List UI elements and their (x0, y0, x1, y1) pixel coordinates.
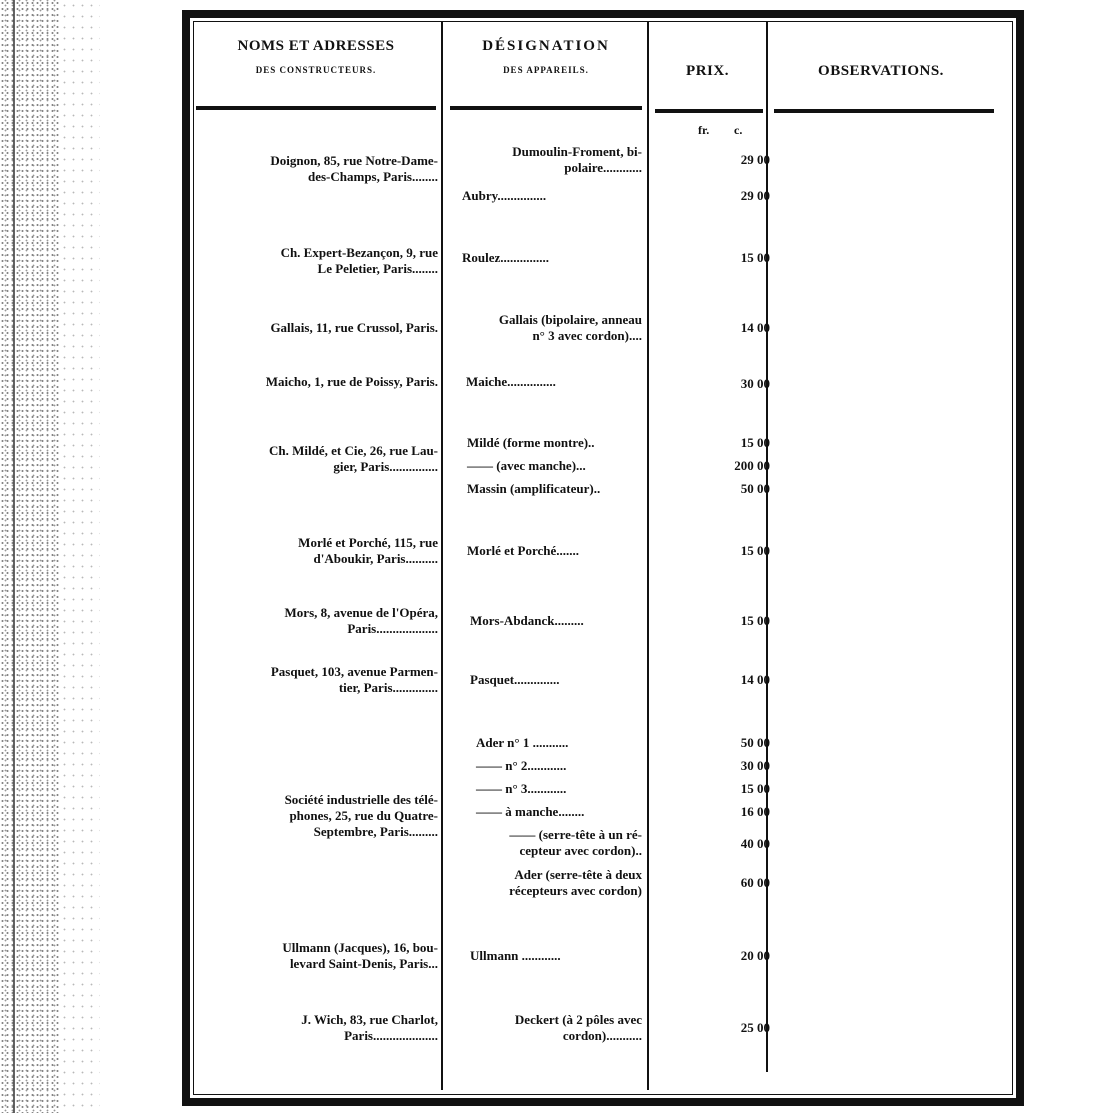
item-line: Morlé et Porché....... (467, 543, 657, 559)
header-price-title: PRIX. (649, 63, 766, 80)
column-divider-1 (441, 22, 443, 1090)
maker-line: gier, Paris............... (206, 459, 438, 475)
maker-line: Le Peletier, Paris........ (206, 261, 438, 277)
item-maiche: Maiche............... (466, 374, 656, 390)
maker-wich: J. Wich, 83, rue Charlot, Paris.........… (206, 1012, 438, 1044)
item-line: Deckert (à 2 pôles avec (454, 1012, 642, 1028)
item-line: —— (avec manche)... (467, 458, 657, 474)
price: 14 00 (702, 320, 770, 336)
item-line: Dumoulin-Froment, bi- (454, 144, 642, 160)
header-observations: OBSERVATIONS. (768, 63, 994, 80)
item-dumoulin-froment: Dumoulin-Froment, bi- polaire...........… (454, 144, 642, 176)
header-designation-title: DÉSIGNATION (450, 38, 642, 55)
maker-line: Mors, 8, avenue de l'Opéra, (206, 605, 438, 621)
maker-expert-bezancon: Ch. Expert-Bezançon, 9, rue Le Peletier,… (206, 245, 438, 277)
maker-line: tier, Paris.............. (206, 680, 438, 696)
item-line: récepteurs avec cordon) (458, 883, 642, 899)
item-ader-3: —— n° 3............ (476, 781, 666, 797)
price: 15 00 (702, 250, 770, 266)
item-ullmann: Ullmann ............ (470, 948, 660, 964)
item-massin: Massin (amplificateur).. (467, 481, 657, 497)
item-milde-manche: —— (avec manche)... (467, 458, 657, 474)
maker-line: Gallais, 11, rue Crussol, Paris. (206, 320, 438, 336)
maker-line: Pasquet, 103, avenue Parmen- (206, 664, 438, 680)
item-aubry: Aubry............... (462, 188, 652, 204)
header-makers-title: NOMS ET ADRESSES (196, 38, 436, 55)
header-rule-3 (655, 109, 763, 113)
maker-mors: Mors, 8, avenue de l'Opéra, Paris.......… (206, 605, 438, 637)
header-makers-subtitle: DES CONSTRUCTEURS. (196, 65, 436, 75)
maker-ullmann: Ullmann (Jacques), 16, bou- levard Saint… (206, 940, 438, 972)
maker-doignon: Doignon, 85, rue Notre-Dame- des-Champs,… (206, 153, 438, 185)
item-mors-abdanck: Mors-Abdanck......... (470, 613, 660, 629)
header-observations-title: OBSERVATIONS. (768, 63, 994, 80)
item-line: —— n° 3............ (476, 781, 666, 797)
header-rule-2 (450, 106, 642, 110)
maker-line: Doignon, 85, rue Notre-Dame- (206, 153, 438, 169)
price: 50 00 (702, 481, 770, 497)
item-line: Maiche............... (466, 374, 656, 390)
item-line: Gallais (bipolaire, anneau (454, 312, 642, 328)
item-line: Aubry............... (462, 188, 652, 204)
price: 30 00 (702, 376, 770, 392)
price: 29 00 (702, 152, 770, 168)
item-pasquet: Pasquet.............. (470, 672, 660, 688)
maker-line: levard Saint-Denis, Paris... (206, 956, 438, 972)
maker-line: Paris.................... (206, 1028, 438, 1044)
item-line: —— n° 2............ (476, 758, 666, 774)
item-line: Ader n° 1 ........... (476, 735, 666, 751)
maker-societe-industrielle: Société industrielle des télé- phones, 2… (206, 792, 438, 840)
maker-line: phones, 25, rue du Quatre- (206, 808, 438, 824)
price: 15 00 (702, 543, 770, 559)
scan-edge-noise (0, 0, 60, 1113)
item-line: cordon)........... (454, 1028, 642, 1044)
header-rule-4 (774, 109, 994, 113)
item-line: Ader (serre-tête à deux (458, 867, 642, 883)
maker-line: Ullmann (Jacques), 16, bou- (206, 940, 438, 956)
item-line: n° 3 avec cordon).... (454, 328, 642, 344)
maker-line: des-Champs, Paris........ (206, 169, 438, 185)
price: 60 00 (702, 875, 770, 891)
maker-line: Société industrielle des télé- (206, 792, 438, 808)
header-designation: DÉSIGNATION DES APPAREILS. (450, 38, 642, 75)
maker-milde: Ch. Mildé, et Cie, 26, rue Lau- gier, Pa… (206, 443, 438, 475)
item-line: cepteur avec cordon).. (458, 843, 642, 859)
maker-line: J. Wich, 83, rue Charlot, (206, 1012, 438, 1028)
item-line: Roulez............... (462, 250, 652, 266)
maker-line: Paris................... (206, 621, 438, 637)
maker-line: Ch. Mildé, et Cie, 26, rue Lau- (206, 443, 438, 459)
maker-line: Ch. Expert-Bezançon, 9, rue (206, 245, 438, 261)
unit-francs: fr. (698, 123, 709, 138)
header-makers: NOMS ET ADRESSES DES CONSTRUCTEURS. (196, 38, 436, 75)
price: 14 00 (702, 672, 770, 688)
item-milde-montre: Mildé (forme montre).. (467, 435, 657, 451)
item-line: —— à manche........ (476, 804, 666, 820)
price: 16 00 (702, 804, 770, 820)
item-deckert: Deckert (à 2 pôles avec cordon).........… (454, 1012, 642, 1044)
header-designation-subtitle: DES APPAREILS. (450, 65, 642, 75)
item-line: polaire............ (454, 160, 642, 176)
item-line: Mors-Abdanck......... (470, 613, 660, 629)
price: 15 00 (702, 613, 770, 629)
item-roulez: Roulez............... (462, 250, 652, 266)
item-line: —— (serre-tête à un ré- (458, 827, 642, 843)
maker-line: Maicho, 1, rue de Poissy, Paris. (206, 374, 438, 390)
price: 40 00 (702, 836, 770, 852)
item-ader-serre-tete-un: —— (serre-tête à un ré- cepteur avec cor… (458, 827, 642, 859)
unit-centimes: c. (734, 123, 742, 138)
price: 20 00 (702, 948, 770, 964)
scan-edge-noise-light (60, 0, 100, 1113)
price: 29 00 (702, 188, 770, 204)
maker-gallais: Gallais, 11, rue Crussol, Paris. (206, 320, 438, 336)
item-line: Pasquet.............. (470, 672, 660, 688)
price: 15 00 (702, 781, 770, 797)
price-table: NOMS ET ADRESSES DES CONSTRUCTEURS. DÉSI… (182, 10, 1024, 1106)
item-line: Mildé (forme montre).. (467, 435, 657, 451)
item-morle-porche: Morlé et Porché....... (467, 543, 657, 559)
price: 25 00 (702, 1020, 770, 1036)
item-ader-2: —— n° 2............ (476, 758, 666, 774)
maker-maicho: Maicho, 1, rue de Poissy, Paris. (206, 374, 438, 390)
maker-line: Septembre, Paris......... (206, 824, 438, 840)
header-rule-1 (196, 106, 436, 110)
maker-line: d'Aboukir, Paris.......... (206, 551, 438, 567)
item-line: Ullmann ............ (470, 948, 660, 964)
price: 15 00 (702, 435, 770, 451)
book-spine-line (13, 0, 15, 1113)
price: 50 00 (702, 735, 770, 751)
item-gallais: Gallais (bipolaire, anneau n° 3 avec cor… (454, 312, 642, 344)
header-price: PRIX. (649, 63, 766, 80)
price: 30 00 (702, 758, 770, 774)
maker-morle-porche: Morlé et Porché, 115, rue d'Aboukir, Par… (206, 535, 438, 567)
maker-pasquet: Pasquet, 103, avenue Parmen- tier, Paris… (206, 664, 438, 696)
item-ader-1: Ader n° 1 ........... (476, 735, 666, 751)
price: 200 00 (702, 458, 770, 474)
item-line: Massin (amplificateur).. (467, 481, 657, 497)
maker-line: Morlé et Porché, 115, rue (206, 535, 438, 551)
item-ader-serre-tete-deux: Ader (serre-tête à deux récepteurs avec … (458, 867, 642, 899)
item-ader-manche: —— à manche........ (476, 804, 666, 820)
